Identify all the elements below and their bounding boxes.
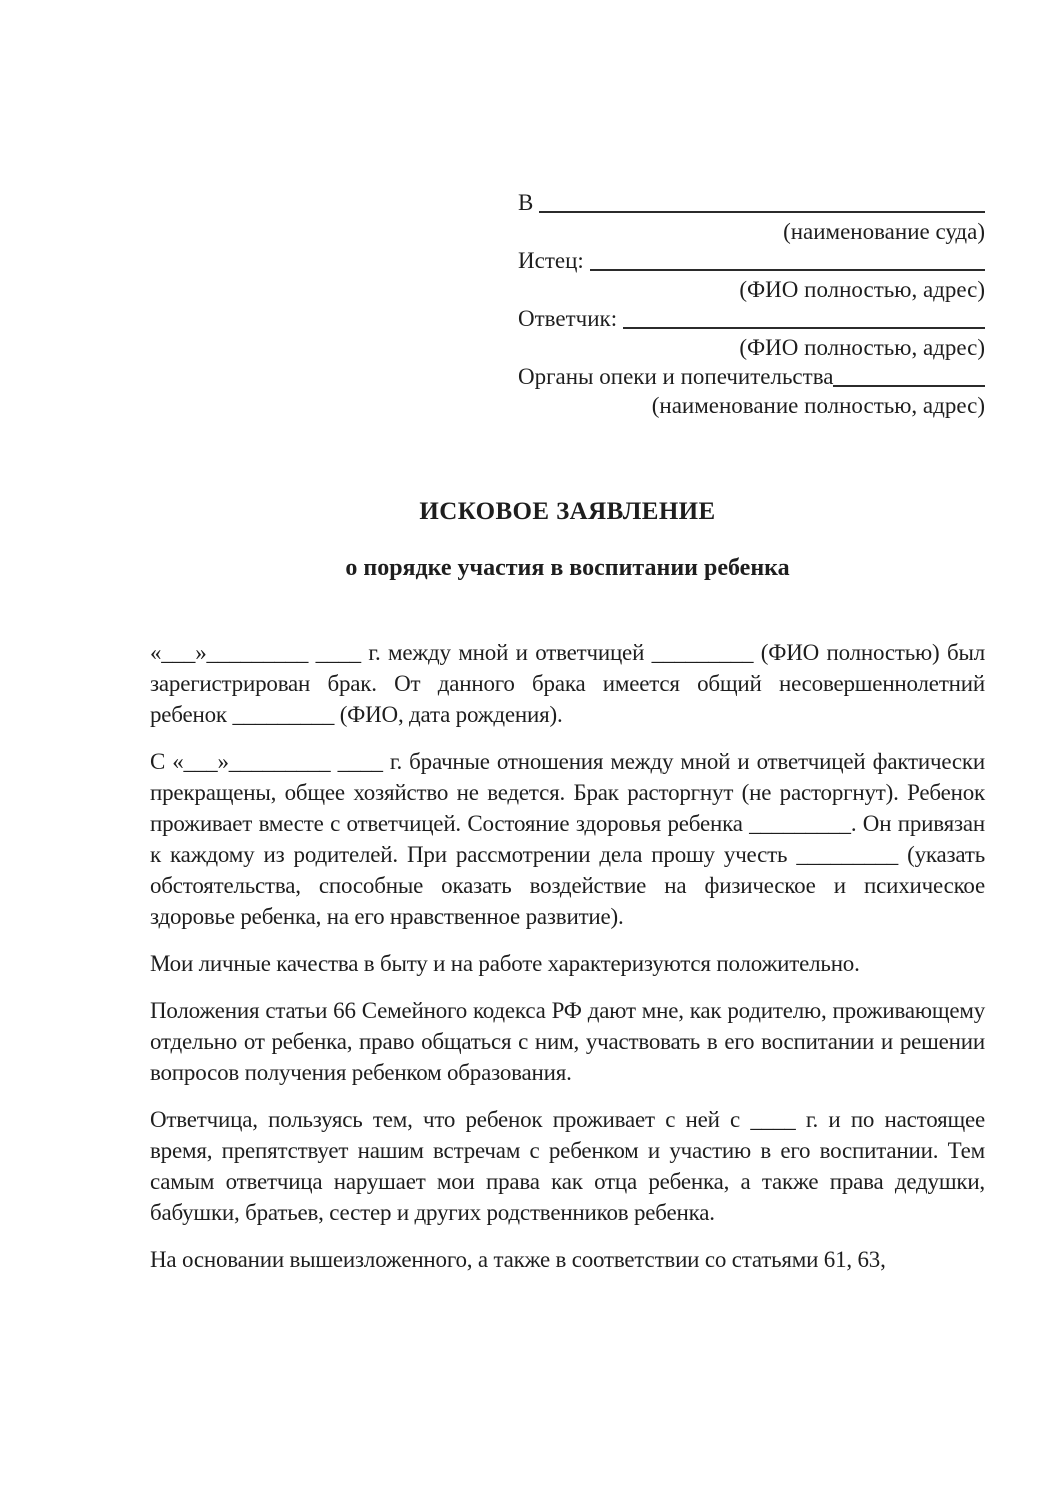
document-subtitle: о порядке участия в воспитании ребенка <box>150 553 985 583</box>
plaintiff-hint: (ФИО полностью, адрес) <box>518 275 985 304</box>
court-header-block: В (наименование суда) Истец: (ФИО полнос… <box>518 188 985 420</box>
paragraph-defendant-obstruction: Ответчица, пользуясь тем, что ребенок пр… <box>150 1104 985 1228</box>
guardianship-blank-line <box>833 362 985 387</box>
court-field: В <box>518 188 985 217</box>
guardianship-hint: (наименование полностью, адрес) <box>518 391 985 420</box>
paragraph-family-code-article-66: Положения статьи 66 Семейного кодекса РФ… <box>150 995 985 1088</box>
guardianship-field: Органы опеки и попечительства <box>518 362 985 391</box>
defendant-field: Ответчик: <box>518 304 985 333</box>
court-hint: (наименование суда) <box>518 217 985 246</box>
defendant-hint: (ФИО полностью, адрес) <box>518 333 985 362</box>
court-blank-line <box>539 188 985 213</box>
document-body: «___»_________ ____ г. между мной и отве… <box>150 637 985 1275</box>
plaintiff-field: Истец: <box>518 246 985 275</box>
defendant-blank-line <box>623 304 985 329</box>
paragraph-legal-basis: На основании вышеизложенного, а также в … <box>150 1244 985 1275</box>
plaintiff-blank-line <box>590 246 985 271</box>
court-label: В <box>518 188 539 217</box>
defendant-label: Ответчик: <box>518 304 623 333</box>
paragraph-personal-qualities: Мои личные качества в быту и на работе х… <box>150 948 985 979</box>
paragraph-marriage-ended: С «___»_________ ____ г. брачные отношен… <box>150 746 985 932</box>
paragraph-marriage-registered: «___»_________ ____ г. между мной и отве… <box>150 637 985 730</box>
document-title: ИСКОВОЕ ЗАЯВЛЕНИЕ <box>150 496 985 527</box>
guardianship-label: Органы опеки и попечительства <box>518 362 833 391</box>
plaintiff-label: Истец: <box>518 246 590 275</box>
document-page: В (наименование суда) Истец: (ФИО полнос… <box>0 0 1060 1500</box>
